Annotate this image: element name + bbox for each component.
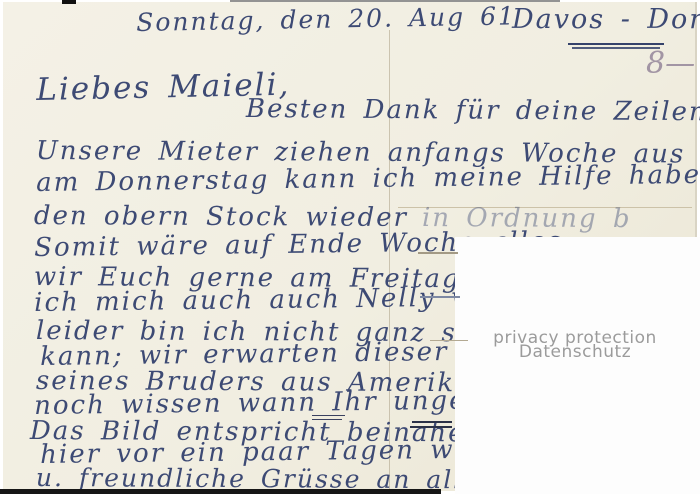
ruling-remnant bbox=[430, 340, 468, 341]
scan-edge-bottom bbox=[0, 489, 441, 494]
ruling-remnant bbox=[412, 421, 452, 423]
privacy-watermark: privacy protection Datenschutz bbox=[470, 331, 680, 359]
message-line: noch wissen wann Ihr ungefä bbox=[34, 387, 510, 420]
stroke-remnant bbox=[420, 296, 460, 298]
ruling-remnant bbox=[312, 419, 342, 420]
ruling-remnant bbox=[312, 415, 345, 416]
location-underline bbox=[568, 43, 664, 45]
scan-notch-top bbox=[62, 0, 76, 4]
privacy-erased-area bbox=[455, 237, 700, 494]
dateline-handwriting: Sonntag, den 20. Aug 61 bbox=[136, 3, 516, 36]
greeting-handwriting: Besten Dank für deine Zeilen. bbox=[246, 96, 700, 127]
pencil-price-note: 8— bbox=[646, 48, 695, 80]
postcard-scan: Sonntag, den 20. Aug 61 Davos - Dorf 8— … bbox=[0, 0, 700, 494]
location-handwriting: Davos - Dorf bbox=[512, 6, 700, 34]
ruling-remnant bbox=[410, 426, 452, 428]
stroke-remnant bbox=[418, 252, 458, 254]
